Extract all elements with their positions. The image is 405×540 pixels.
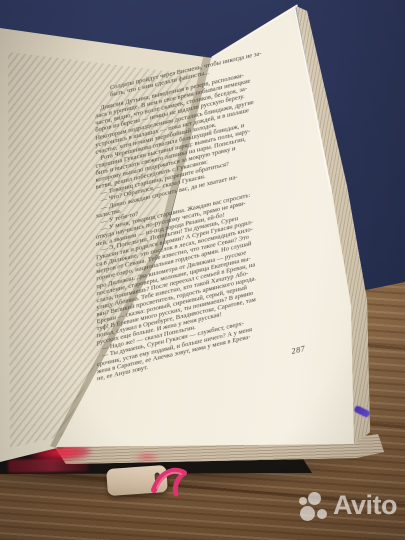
body-text: Дивизия Дутьина, выведенная в резерв, ра… (95, 52, 333, 382)
watermark-brand-text: Avito (333, 492, 397, 519)
photo-of-open-book: Солдаты пройдут через Висмень, чтобы ник… (0, 0, 405, 540)
avito-watermark: Avito (299, 492, 397, 522)
right-page-text-block: Солдаты пройдут через Висмень, чтобы ник… (95, 34, 333, 399)
red-ribbon-reflection (134, 452, 160, 462)
pink-ribbon-icon (148, 462, 192, 498)
avito-circles-icon (299, 492, 329, 522)
